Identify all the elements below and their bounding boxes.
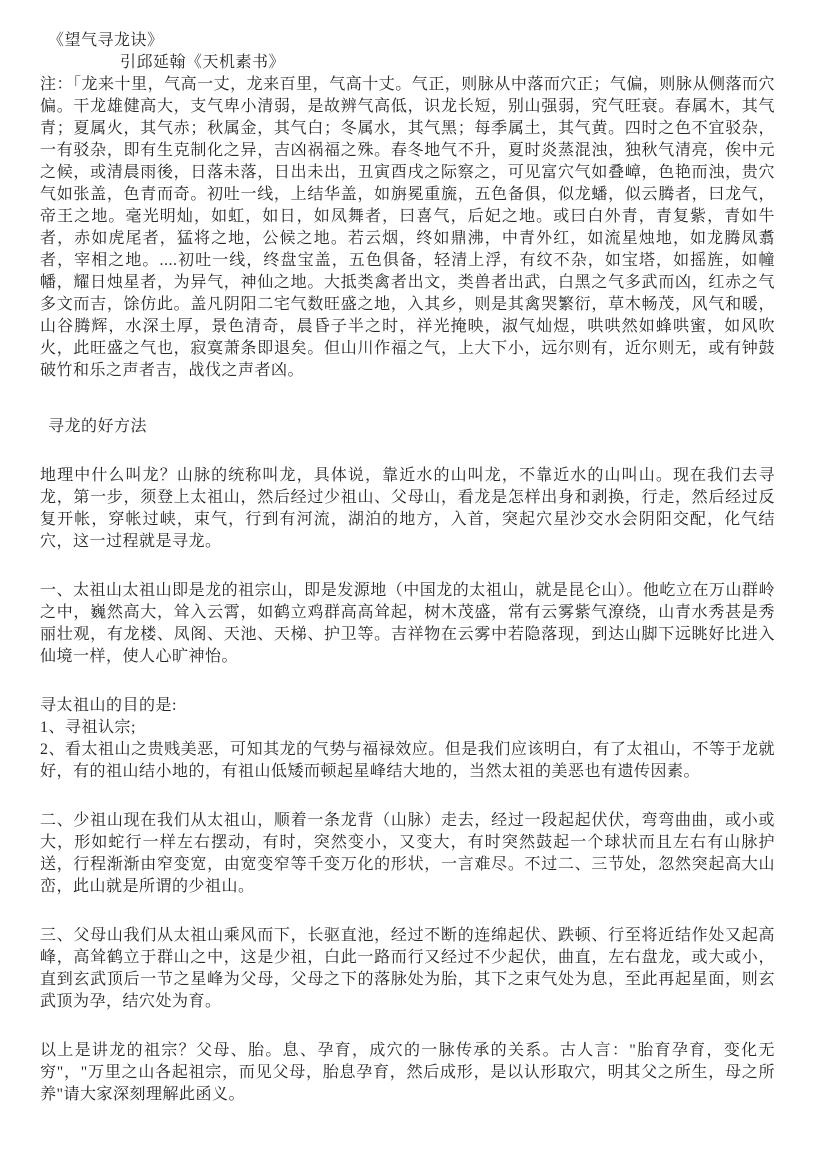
goals-intro: 寻太祖山的目的是: bbox=[40, 695, 775, 717]
paragraph-what-is-dragon: 地理中什么叫龙？山脉的统称叫龙，具体说，靠近水的山叫龙，不靠近水的山叫山。现在我… bbox=[40, 465, 775, 553]
paragraph-taizu-mountain: 一、太祖山太祖山即是龙的祖宗山，即是发源地（中国龙的太祖山，就是昆仑山）。他屹立… bbox=[40, 580, 775, 668]
document-attribution: 引邱延翰《天机素书》 bbox=[40, 52, 775, 74]
section-heading: 寻龙的好方法 bbox=[40, 416, 775, 438]
paragraph-summary: 以上是讲龙的祖宗？父母、胎。息、孕育，成穴的一脉传承的关系。古人言："胎育孕育，… bbox=[40, 1040, 775, 1106]
note-paragraph: 注：「龙来十里，气高一丈，龙来百里，气高十丈。气正，则脉从中落而穴正；气偏，则脉… bbox=[40, 74, 775, 382]
document-title: 《望气寻龙诀》 bbox=[40, 30, 775, 52]
goals-block: 寻太祖山的目的是: 1、寻祖认宗; 2、看太祖山之贵贱美恶，可知其龙的气势与福禄… bbox=[40, 695, 775, 783]
paragraph-shaozu-mountain: 二、少祖山现在我们从太祖山，顺着一条龙背（山脉）走去，经过一段起起伏伏，弯弯曲曲… bbox=[40, 810, 775, 898]
document-page: 《望气寻龙诀》 引邱延翰《天机素书》 注：「龙来十里，气高一丈，龙来百里，气高十… bbox=[0, 0, 815, 1153]
goal-item-1: 1、寻祖认宗; bbox=[40, 717, 775, 739]
paragraph-parent-mountain: 三、父母山我们从太祖山乘风而下，长驱直池，经过不断的连绵起伏、跌顿、行至将近结作… bbox=[40, 925, 775, 1013]
goal-item-2: 2、看太祖山之贵贱美恶，可知其龙的气势与福禄效应。但是我们应该明白，有了太祖山，… bbox=[40, 739, 775, 783]
